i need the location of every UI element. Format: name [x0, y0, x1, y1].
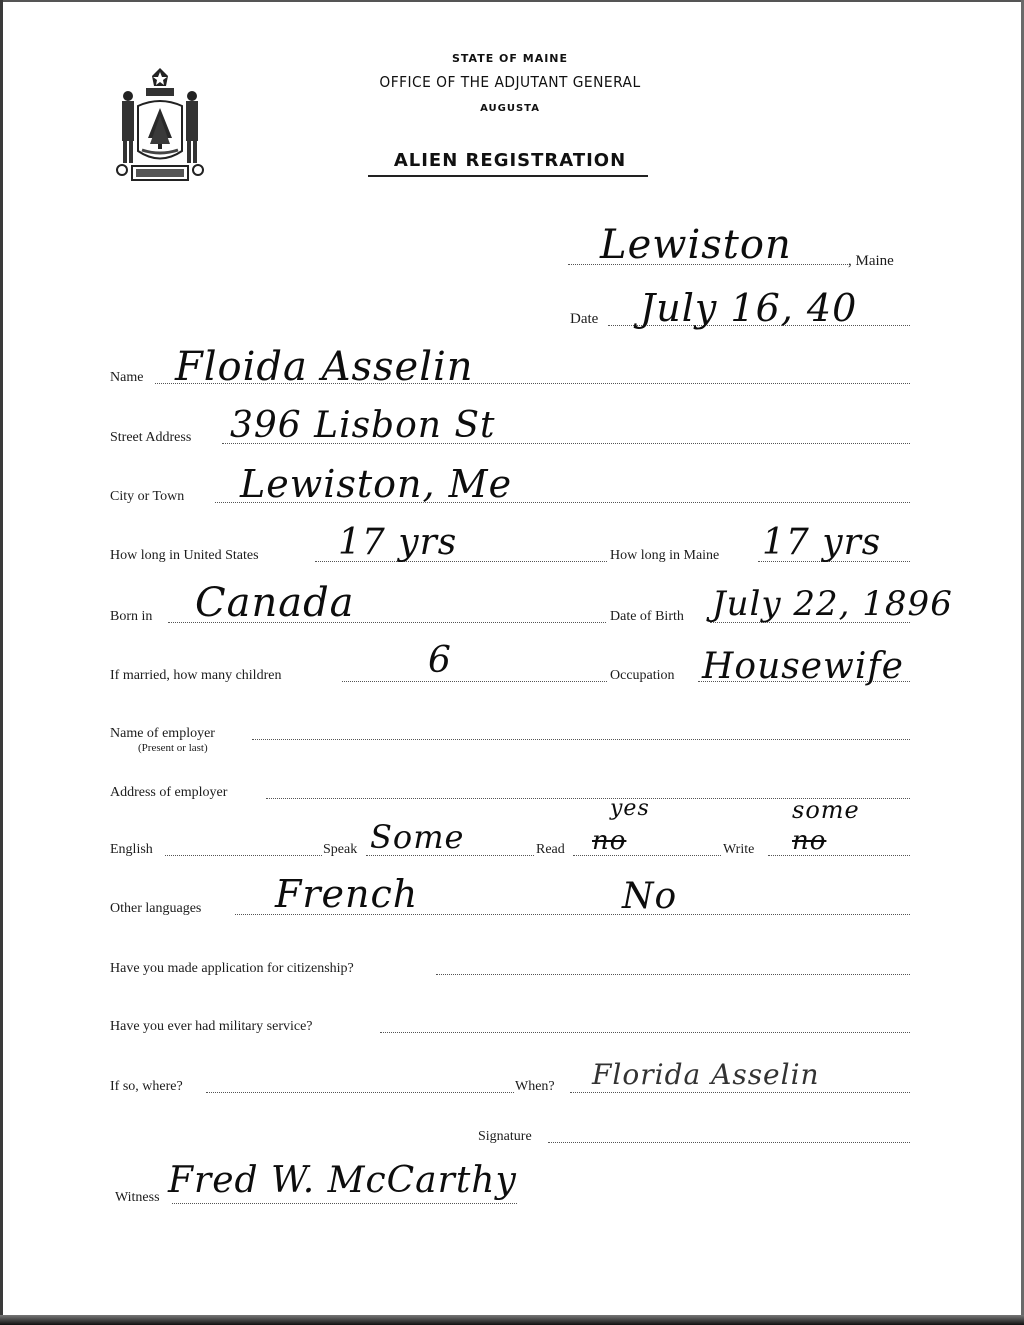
header-city: AUGUSTA — [300, 103, 720, 114]
born-in-value: Canada — [195, 580, 355, 626]
english-label: English — [110, 842, 153, 858]
name-value: Floida Asselin — [175, 344, 474, 390]
place-value: Lewiston — [600, 222, 792, 268]
place-suffix: , Maine — [848, 253, 894, 270]
header-state: STATE OF MAINE — [300, 52, 720, 65]
citizenship-label: Have you made application for citizenshi… — [110, 961, 354, 977]
military-label: Have you ever had military service? — [110, 1019, 313, 1035]
date-label: Date — [570, 311, 598, 328]
read-label: Read — [536, 842, 565, 858]
employer-address-label: Address of employer — [110, 785, 227, 801]
scan-edge-top — [0, 0, 1024, 2]
other-languages-label: Other languages — [110, 901, 201, 917]
scan-edge-bottom — [0, 1315, 1024, 1325]
other-languages-value-2: No — [622, 876, 677, 917]
when-value: Florida Asselin — [592, 1058, 820, 1091]
employer-name-label: Name of employer — [110, 726, 215, 742]
scan-edge-left — [0, 0, 3, 1325]
maine-seal-icon — [110, 66, 210, 186]
read-value: yes — [610, 796, 650, 821]
born-in-label: Born in — [110, 609, 152, 625]
header-office: OFFICE OF THE ADJUTANT GENERAL — [317, 73, 703, 91]
title-underline — [368, 175, 648, 177]
other-languages-value: French — [275, 872, 418, 916]
occupation-value: Housewife — [702, 646, 904, 687]
street-address-value: 396 Lisbon St — [230, 405, 496, 446]
write-value-struck: no — [792, 826, 826, 856]
children-value: 6 — [428, 640, 452, 681]
when-label: When? — [515, 1079, 555, 1095]
how-long-us-label: How long in United States — [110, 548, 259, 564]
children-label: If married, how many children — [110, 668, 281, 684]
where-label: If so, where? — [110, 1079, 183, 1095]
how-long-us-value: 17 yrs — [338, 522, 457, 563]
form-title: ALIEN REGISTRATION — [300, 150, 720, 171]
how-long-maine-value: 17 yrs — [762, 522, 881, 563]
witness-label: Witness — [115, 1190, 160, 1206]
date-of-birth-value: July 22, 1896 — [712, 584, 953, 624]
witness-value: Fred W. McCarthy — [168, 1160, 517, 1201]
write-label: Write — [723, 842, 754, 858]
signature-label: Signature — [478, 1129, 532, 1145]
street-address-label: Street Address — [110, 430, 191, 446]
city-label: City or Town — [110, 489, 184, 505]
how-long-maine-label: How long in Maine — [610, 548, 719, 564]
occupation-label: Occupation — [610, 668, 675, 684]
employer-name-sublabel: (Present or last) — [138, 742, 208, 754]
read-value-struck: no — [592, 826, 626, 856]
city-value: Lewiston, Me — [240, 462, 512, 506]
date-value: July 16, 40 — [640, 286, 857, 330]
speak-value: Some — [370, 818, 464, 856]
speak-label: Speak — [323, 842, 357, 858]
write-value: some — [792, 796, 860, 824]
name-label: Name — [110, 370, 143, 386]
date-of-birth-label: Date of Birth — [610, 609, 684, 625]
